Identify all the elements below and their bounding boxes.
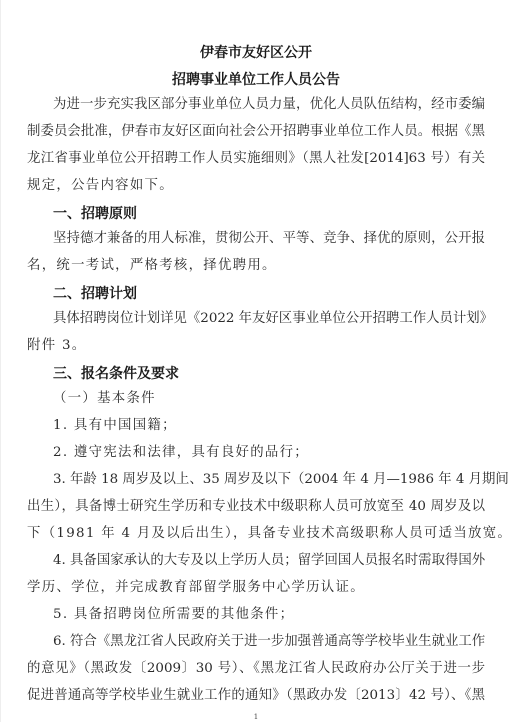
condition-item-continued: 学历、学位，并完成教育部留学服务中心学历认证。 — [27, 579, 485, 597]
document-title-line2: 招聘事业单位工作人员公告 — [1, 69, 510, 89]
condition-item: 6. 符合《黑龙江省人民政府关于进一步加强普通高等学校毕业生就业工作 — [53, 633, 485, 651]
document-title-line1: 伊春市友好区公开 — [1, 42, 510, 62]
principles-line: 坚持德才兼备的用人标准，贯彻公开、平等、竞争、择优的原则，公开报 — [53, 230, 485, 248]
document-page: 伊春市友好区公开 招聘事业单位工作人员公告 为进一步充实我区部分事业单位人员力量… — [1, 0, 510, 722]
intro-paragraph-line: 规定，公告内容如下。 — [27, 177, 485, 195]
plan-line: 附件 3。 — [27, 337, 485, 355]
intro-paragraph-line: 制委员会批准，伊春市友好区面向社会公开招聘事业单位工作人员。根据《黑 — [27, 123, 485, 141]
section-heading-plan: 二、招聘计划 — [53, 283, 137, 303]
principles-line: 名，统一考试，严格考核，择优聘用。 — [27, 257, 485, 275]
section-heading-requirements: 三、报名条件及要求 — [53, 363, 179, 383]
condition-item: 2. 遵守宪法和法律，具有良好的品行； — [53, 444, 485, 462]
intro-paragraph-line: 龙江省事业单位公开招聘工作人员实施细则》（黑人社发[2014]63 号）有关 — [27, 150, 485, 168]
condition-item-continued: 促进普通高等学校毕业生就业工作的通知》（黑政办发〔2013〕42 号）、《黑 — [27, 687, 485, 705]
condition-item-continued: 下（1981 年 4 月及以后出生），具备专业技术高级职称人员可适当放宽。 — [27, 525, 485, 543]
plan-line: 具体招聘岗位计划详见《2022 年友好区事业单位公开招聘工作人员计划》 — [53, 310, 485, 328]
condition-item: 4. 具备国家承认的大专及以上学历人员；留学回国人员报名时需取得国外 — [53, 552, 485, 570]
condition-item: 5. 具备招聘岗位所需要的其他条件； — [53, 606, 485, 624]
condition-item: 1. 具有中国国籍； — [53, 417, 485, 435]
section-heading-principles: 一、招聘原则 — [53, 203, 137, 223]
condition-item-continued: 出生），具备博士研究生学历和专业技术中级职称人员可放宽至 40 周岁及以 — [27, 498, 485, 516]
intro-paragraph-line: 为进一步充实我区部分事业单位人员力量，优化人员队伍结构，经市委编 — [53, 96, 485, 114]
subheading-basic-conditions: （一）基本条件 — [53, 390, 485, 408]
page-number: 1 — [1, 713, 510, 721]
condition-item: 3. 年龄 18 周岁及以上、35 周岁及以下（2004 年 4 月—1986 … — [53, 471, 485, 489]
condition-item-continued: 的意见》（黑政发〔2009〕30 号）、《黑龙江省人民政府办公厅关于进一步 — [27, 660, 485, 678]
